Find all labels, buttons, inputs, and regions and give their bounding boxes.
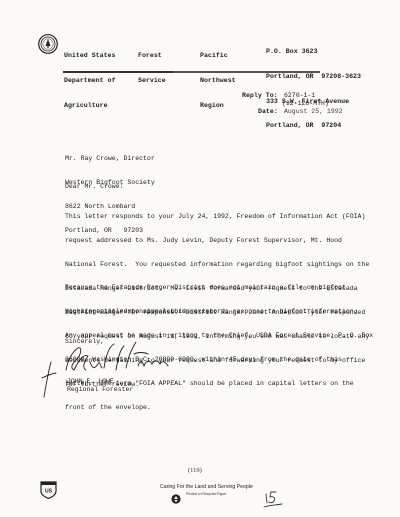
agency-line: Department of — [64, 77, 115, 85]
text-line: You are entitled to appeal this no recor… — [65, 308, 373, 316]
address-line: P.O. Box 3623 — [266, 48, 361, 56]
recipient-line: Mr. Ray Crowe, Director — [65, 155, 155, 163]
signer-name: JOHN E. LOWE — [67, 378, 114, 386]
text-line: This letter responds to your July 24, 19… — [65, 213, 369, 221]
handwritten-page-mark — [262, 490, 284, 510]
text-line: Because the Estacada Ranger District doe… — [65, 284, 346, 292]
region-line: Northwest — [200, 77, 236, 85]
service-line: Forest — [138, 52, 166, 60]
agency-line: Agriculture — [64, 102, 115, 110]
footer-motto: Caring For the Land and Serving People — [160, 484, 253, 490]
date-label: Date: — [258, 108, 278, 116]
svg-text:US: US — [45, 489, 53, 495]
text-line: Any appeal must be made in writing to th… — [65, 332, 373, 340]
letterhead-divider — [63, 71, 173, 73]
text-line: request addressed to Ms. Judy Levin, Dep… — [65, 237, 369, 245]
service-line: Service — [138, 77, 166, 85]
recycle-icon — [171, 491, 181, 501]
agency-line: United States — [64, 52, 115, 60]
reply-to-case: (92-126-MTH) — [282, 100, 329, 108]
service-name: Forest Service — [138, 36, 166, 93]
region-name: Pacific Northwest Region — [200, 36, 236, 118]
usda-seal-icon — [38, 34, 58, 54]
address-line: Portland, OR 97204 — [266, 122, 361, 130]
reply-to-code: 6270-1-1 — [284, 92, 315, 100]
recycled-paper-note: Printed on Recycled Paper — [186, 492, 226, 496]
salutation: Dear Mr. Crowe: — [65, 183, 124, 191]
signer-title: Regional Forester — [67, 386, 133, 394]
reply-to-label: Reply To: — [242, 92, 278, 100]
agency-name: United States Department of Agriculture — [64, 36, 115, 118]
region-line: Pacific — [200, 52, 236, 60]
date-value: August 25, 1992 — [284, 108, 343, 116]
mailing-address: P.O. Box 3623 Portland, OR 97208-3623 33… — [266, 32, 361, 139]
address-line: Portland, OR 97208-3623 — [266, 73, 361, 81]
forest-service-shield-icon: US — [40, 480, 57, 499]
region-line: Region — [200, 102, 236, 110]
letterhead-divider — [173, 71, 320, 73]
text-line: front of the envelope. — [65, 404, 373, 412]
page-number: (119) — [188, 467, 202, 474]
